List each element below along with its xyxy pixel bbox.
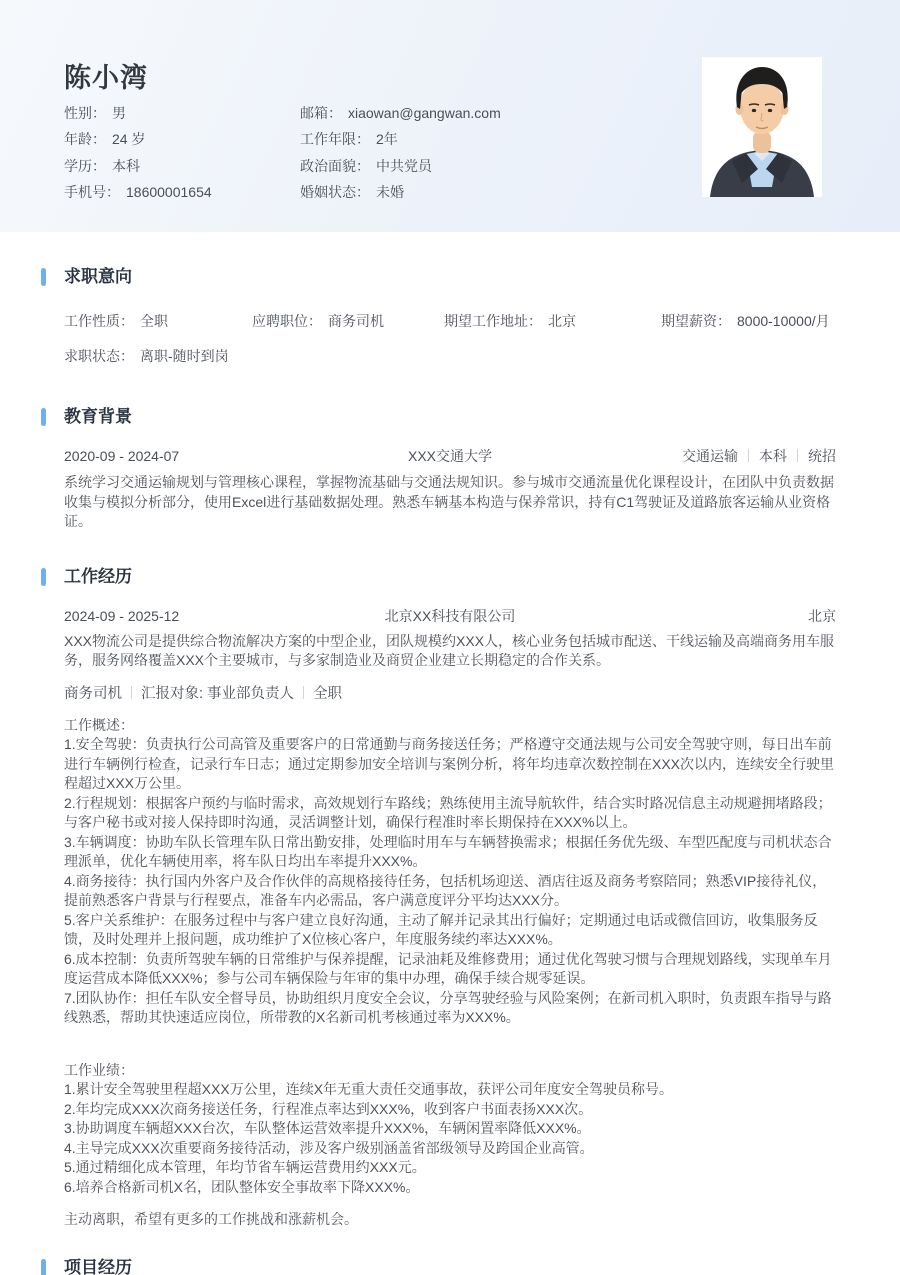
profile-photo: [702, 57, 822, 197]
achievement-item-4: 4.主导完成XXX次重要商务接待活动，涉及客户级别涵盖省部级领导及跨国企业高管。: [64, 1139, 836, 1159]
duty-item-3: 3.车辆调度：协助车队长管理车队日常出勤安排，处理临时用车与车辆替换需求；根据任…: [64, 833, 836, 872]
info-value: 2年: [376, 131, 398, 147]
field-salary: 期望薪资：8000-10000/月: [661, 314, 830, 328]
work-job-type: 全职: [313, 686, 342, 702]
divider: [748, 449, 749, 462]
section-header-work: 工作经历: [64, 567, 836, 587]
info-row-email: 邮箱：xiaowan@gangwan.com: [300, 100, 620, 126]
leave-reason: 主动离职，希望有更多的工作挑战和涨薪机会。: [64, 1210, 836, 1230]
duty-item-4: 4.商务接待：执行国内外客户及合作伙伴的高规格接待任务，包括机场迎送、酒店往返及…: [64, 872, 836, 911]
field-value: 8000-10000/月: [737, 313, 830, 329]
basic-info-grid: 性别：男 年龄：24 岁 学历：本科 手机号：18600001654 邮箱：xi…: [64, 100, 620, 205]
field-location: 期望工作地址：北京: [444, 314, 576, 328]
intention-row-2: 求职状态：离职-随时到岗: [64, 349, 836, 363]
duty-item-2: 2.行程规划：根据客户预约与临时需求，高效规划行车路线；熟练使用主流导航软件，结…: [64, 794, 836, 833]
work-location: 北京: [636, 608, 836, 625]
education-description: 系统学习交通运输规划与管理核心课程，掌握物流基础与交通法规知识。参与城市交通流量…: [64, 473, 836, 532]
info-label: 学历：: [64, 158, 106, 174]
intention-row-1: 工作性质：全职 应聘职位：商务司机 期望工作地址：北京 期望薪资：8000-10…: [64, 314, 836, 328]
resume-page: 陈小湾 性别：男 年龄：24 岁 学历：本科 手机号：18600001654 邮…: [0, 0, 900, 1275]
education-school: XXX交通大学: [264, 448, 636, 465]
info-label: 工作年限：: [300, 131, 370, 147]
field-value: 北京: [548, 313, 576, 329]
duty-item-5: 5.客户关系维护：在服务过程中与客户建立良好沟通，主动了解并记录其出行偏好；定期…: [64, 911, 836, 950]
section-title-work: 工作经历: [64, 567, 132, 586]
field-label: 期望工作地址：: [444, 313, 542, 329]
field-label: 应聘职位：: [252, 313, 322, 329]
work-entry-row: 2024-09 - 2025-12 北京XX科技有限公司 北京: [64, 608, 836, 625]
info-label: 邮箱：: [300, 105, 342, 121]
education-period: 2020-09 - 2024-07: [64, 448, 264, 465]
divider: [303, 686, 304, 699]
candidate-name: 陈小湾: [64, 56, 148, 95]
work-achievements-label: 工作业绩：: [64, 1061, 836, 1081]
duty-item-1: 1.安全驾驶：负责执行公司高管及重要客户的日常通勤与商务接送任务；严格遵守交通法…: [64, 735, 836, 794]
field-job-status: 求职状态：离职-随时到岗: [64, 349, 229, 363]
info-value: 24 岁: [112, 131, 145, 147]
achievement-item-6: 6.培养合格新司机X名，团队整体安全事故率下降XXX%。: [64, 1178, 836, 1198]
info-row-phone: 手机号：18600001654: [64, 179, 300, 205]
work-position-row: 商务司机汇报对象: 事业部负责人全职: [64, 686, 836, 703]
education-entry-row: 2020-09 - 2024-07 XXX交通大学 交通运输本科统招: [64, 448, 836, 465]
company-intro: XXX物流公司是提供综合物流解决方案的中型企业，团队规模约XXX人，核心业务包括…: [64, 632, 836, 671]
achievement-item-2: 2.年均完成XXX次商务接送任务，行程准点率达到XXX%，收到客户书面表扬XXX…: [64, 1100, 836, 1120]
section-header-education: 教育背景: [64, 407, 836, 427]
achievement-item-1: 1.累计安全驾驶里程超XXX万公里，连续X年无重大责任交通事故，获评公司年度安全…: [64, 1080, 836, 1100]
info-label: 年龄：: [64, 131, 106, 147]
achievement-item-3: 3.协助调度车辆超XXX台次，车队整体运营效率提升XXX%，车辆闲置率降低XXX…: [64, 1119, 836, 1139]
info-value: 中共党员: [376, 158, 432, 174]
education-major: 交通运输: [682, 448, 738, 464]
resume-header: 陈小湾 性别：男 年龄：24 岁 学历：本科 手机号：18600001654 邮…: [0, 0, 900, 232]
info-value: xiaowan@gangwan.com: [348, 105, 501, 121]
resume-body: 求职意向 工作性质：全职 应聘职位：商务司机 期望工作地址：北京 期望薪资：80…: [0, 267, 900, 1275]
info-row-age: 年龄：24 岁: [64, 126, 300, 152]
divider: [131, 686, 132, 699]
info-row-political-status: 政治面貌：中共党员: [300, 153, 620, 179]
portrait-illustration: [702, 57, 822, 197]
field-work-type: 工作性质：全职: [64, 314, 168, 328]
education-admission: 统招: [808, 448, 836, 464]
info-row-education: 学历：本科: [64, 153, 300, 179]
work-position: 商务司机: [64, 686, 122, 702]
work-period: 2024-09 - 2025-12: [64, 608, 264, 625]
field-position: 应聘职位：商务司机: [252, 314, 384, 328]
education-meta: 交通运输本科统招: [636, 448, 836, 465]
info-value: 本科: [112, 158, 140, 174]
section-title-education: 教育背景: [64, 407, 132, 426]
field-value: 商务司机: [328, 313, 384, 329]
section-title-project: 项目经历: [64, 1258, 132, 1275]
work-report-to: 汇报对象: 事业部负责人: [141, 686, 294, 702]
info-label: 性别：: [64, 105, 106, 121]
basic-info-left: 性别：男 年龄：24 岁 学历：本科 手机号：18600001654: [64, 100, 300, 205]
field-label: 工作性质：: [64, 313, 134, 329]
basic-info-right: 邮箱：xiaowan@gangwan.com 工作年限：2年 政治面貌：中共党员…: [300, 100, 620, 205]
section-header-intention: 求职意向: [64, 267, 836, 287]
section-title-intention: 求职意向: [64, 267, 132, 286]
field-value: 离职-随时到岗: [140, 348, 229, 364]
field-value: 全职: [140, 313, 168, 329]
education-degree: 本科: [759, 448, 787, 464]
info-label: 政治面貌：: [300, 158, 370, 174]
field-label: 求职状态：: [64, 348, 134, 364]
duty-item-7: 7.团队协作：担任车队安全督导员，协助组织月度安全会议，分享驾驶经验与风险案例；…: [64, 989, 836, 1028]
info-row-work-years: 工作年限：2年: [300, 126, 620, 152]
accent-bar-icon: [41, 408, 46, 426]
info-value: 18600001654: [126, 184, 212, 200]
accent-bar-icon: [41, 568, 46, 586]
info-label: 婚姻状态：: [300, 184, 370, 200]
duty-item-6: 6.成本控制：负责所驾驶车辆的日常维护与保养提醒，记录油耗及维修费用；通过优化驾…: [64, 950, 836, 989]
section-header-project: 项目经历: [64, 1258, 836, 1275]
info-label: 手机号：: [64, 184, 120, 200]
accent-bar-icon: [41, 268, 46, 286]
divider: [797, 449, 798, 462]
work-company: 北京XX科技有限公司: [264, 608, 636, 625]
accent-bar-icon: [41, 1259, 46, 1275]
info-row-marital-status: 婚姻状态：未婚: [300, 179, 620, 205]
work-overview-label: 工作概述：: [64, 716, 836, 736]
info-row-gender: 性别：男: [64, 100, 300, 126]
field-label: 期望薪资：: [661, 313, 731, 329]
achievement-item-5: 5.通过精细化成本管理，年均节省车辆运营费用约XXX元。: [64, 1158, 836, 1178]
info-value: 男: [112, 105, 126, 121]
info-value: 未婚: [376, 184, 404, 200]
